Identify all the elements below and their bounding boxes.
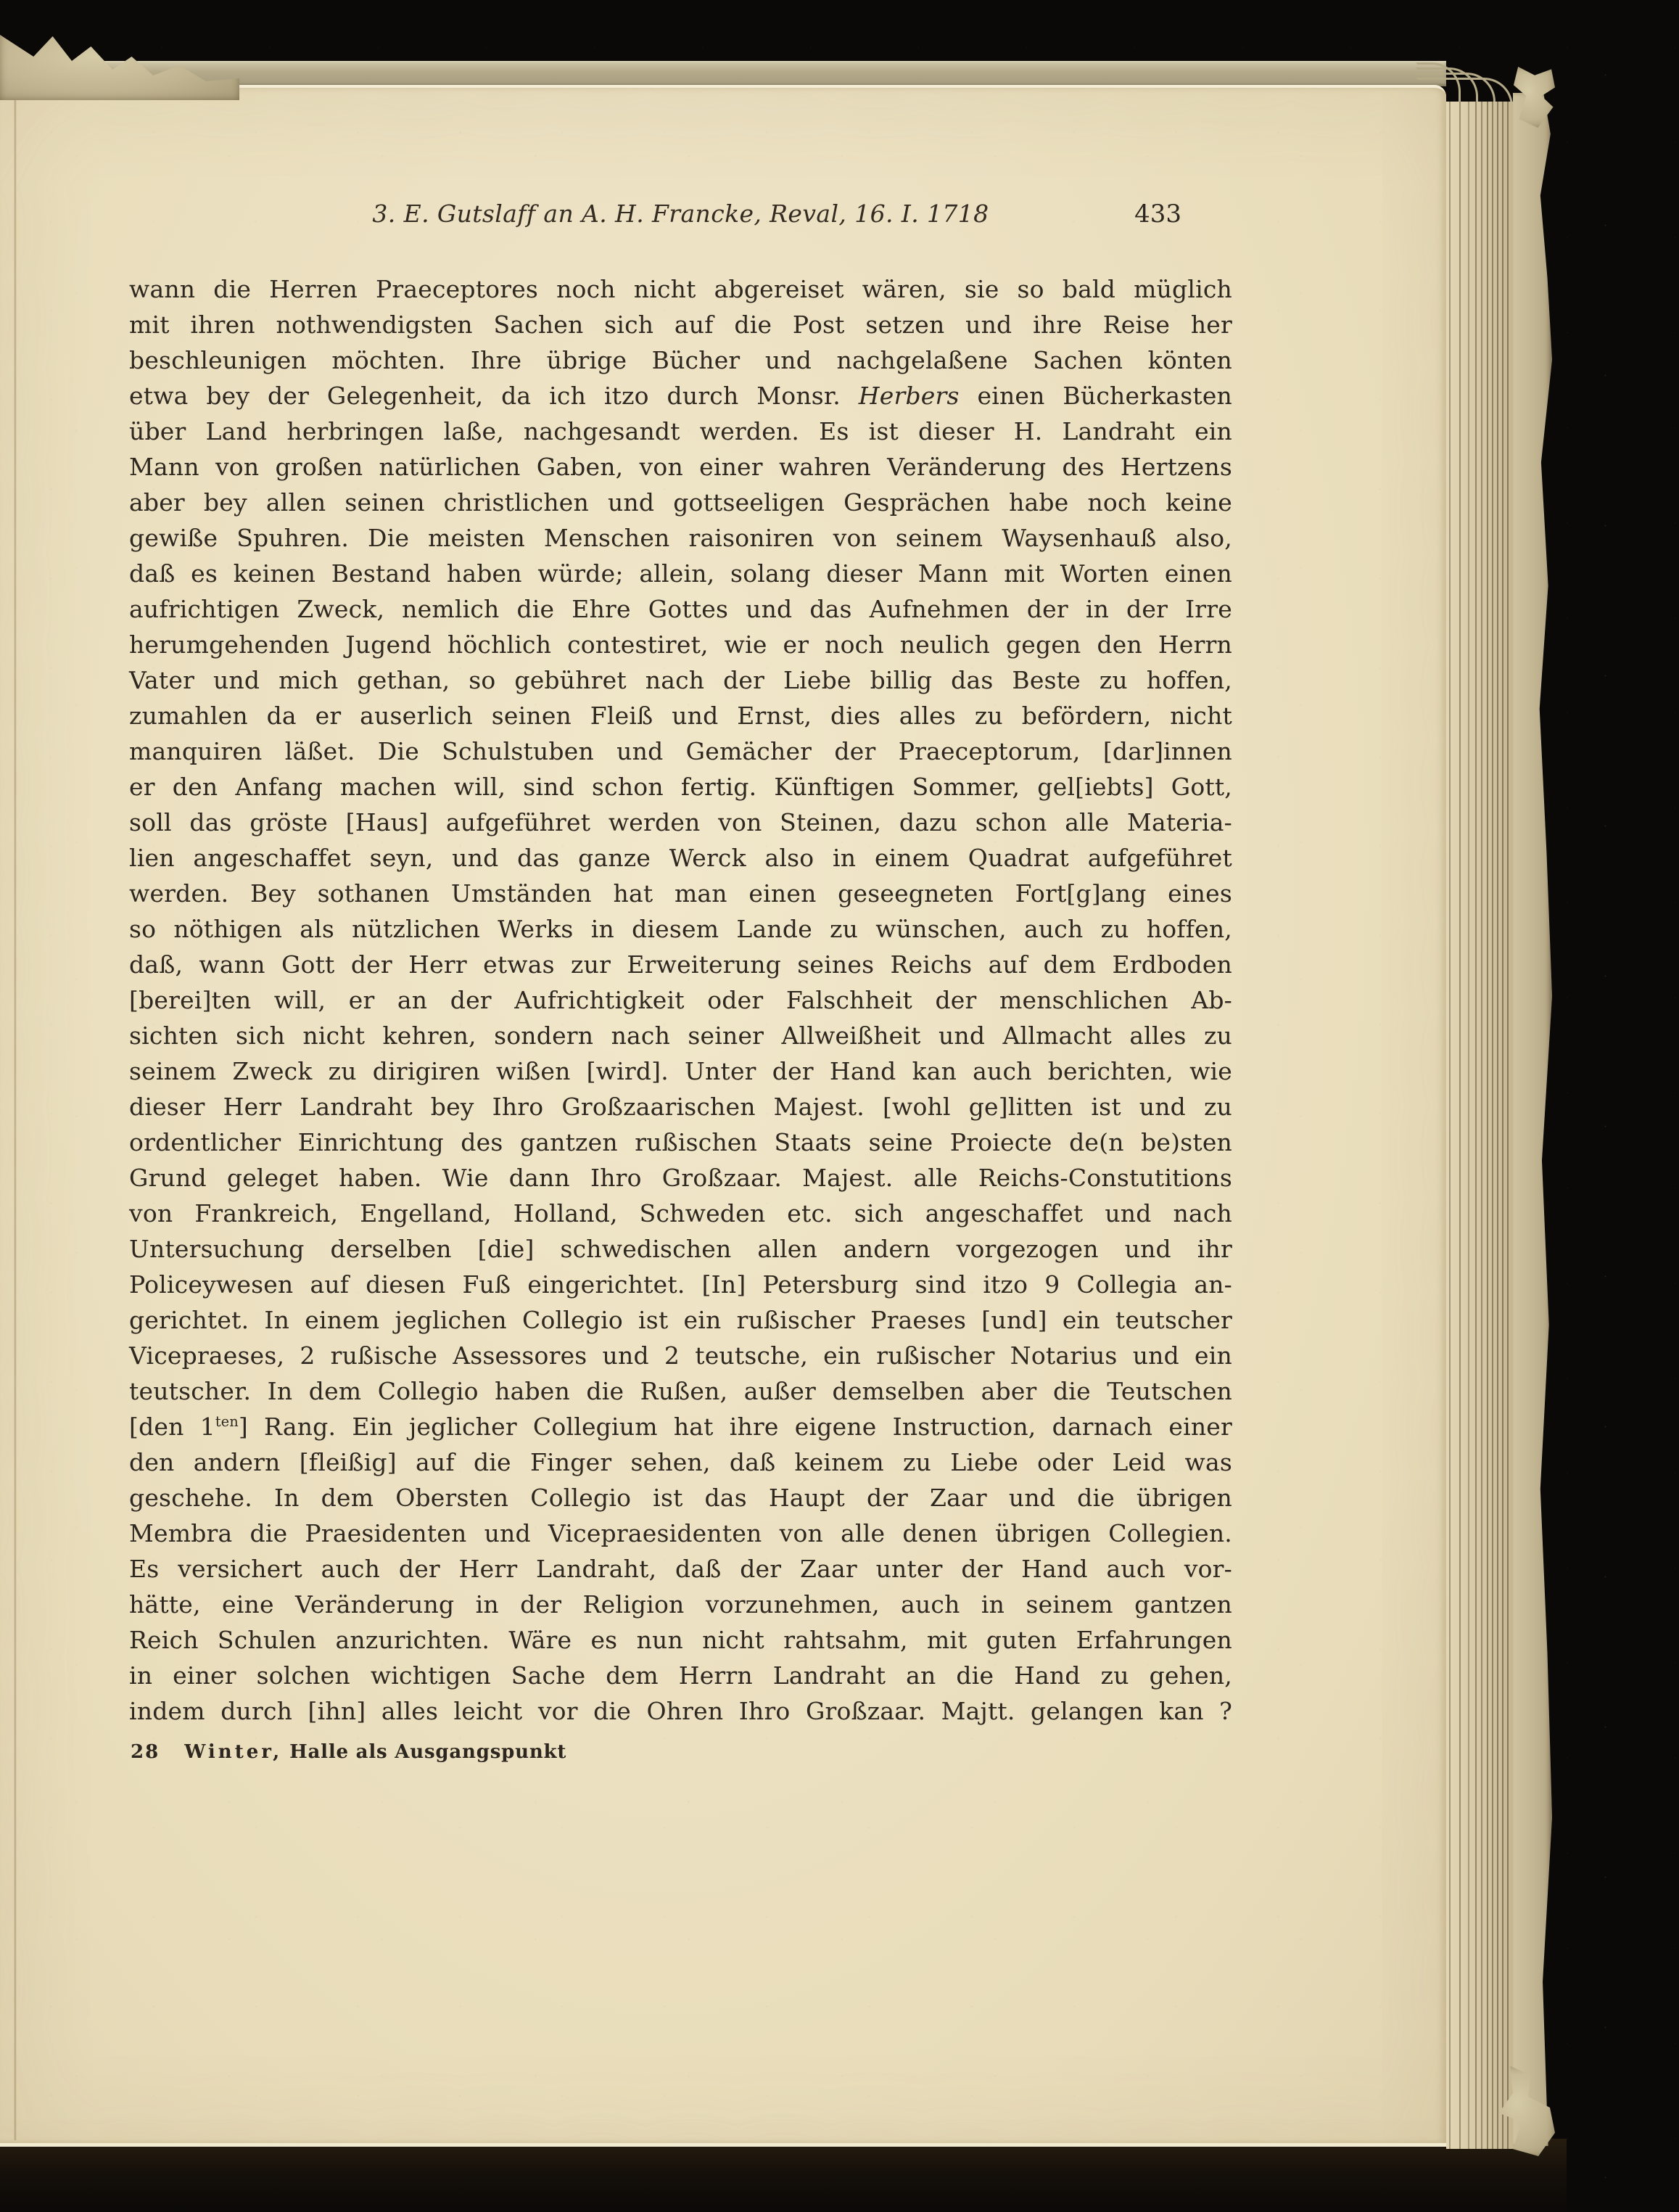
body-text: wann die Herren Praeceptores noch nicht … xyxy=(129,271,1232,1729)
text-line: gewiße Spuhren. Die meisten Menschen rai… xyxy=(129,520,1232,556)
text-line: ordentlicher Einrichtung des gantzen ruß… xyxy=(129,1124,1232,1160)
text-line: in einer solchen wichtigen Sache dem Her… xyxy=(129,1658,1232,1693)
text-line: lien angeschaffet seyn, und das ganze We… xyxy=(129,840,1232,876)
text-line: Mann von großen natürlichen Gaben, von e… xyxy=(129,449,1232,485)
page-header: 3. E. Gutslaff an A. H. Francke, Reval, … xyxy=(129,197,1232,231)
signature-number: 28 xyxy=(131,1741,160,1763)
text-line: Policeywesen auf diesen Fuß eingerichtet… xyxy=(129,1267,1232,1302)
text-line: gerichtet. In einem jeglichen Collegio i… xyxy=(129,1302,1232,1338)
text-line: Reich Schulen anzurichten. Wäre es nun n… xyxy=(129,1622,1232,1658)
chapter-heading: 3. E. Gutslaff an A. H. Francke, Reval, … xyxy=(129,197,1232,231)
text-line: werden. Bey sothanen Umständen hat man e… xyxy=(129,876,1232,911)
text-line: geschehe. In dem Obersten Collegio ist d… xyxy=(129,1480,1232,1516)
text-line: dieser Herr Landraht bey Ihro Großzaaris… xyxy=(129,1089,1232,1124)
text-line: etwa bey der Gelegenheit, da ich itzo du… xyxy=(129,378,1232,414)
text-line: daß es keinen Bestand haben würde; allei… xyxy=(129,556,1232,591)
text-line: herumgehenden Jugend höchlich contestire… xyxy=(129,627,1232,662)
text-line: [den 1ten] Rang. Ein jeglicher Collegium… xyxy=(129,1409,1232,1444)
text-line: wann die Herren Praeceptores noch nicht … xyxy=(129,271,1232,307)
text-line: seinem Zweck zu dirigiren wißen [wird]. … xyxy=(129,1053,1232,1089)
text-line: beschleunigen möchten. Ihre übrige Büche… xyxy=(129,342,1232,378)
page-number: 433 xyxy=(1134,197,1181,231)
text-line: aufrichtigen Zweck, nemlich die Ehre Got… xyxy=(129,591,1232,627)
book-bottom-shadow xyxy=(0,2139,1567,2212)
text-line: Membra die Praesidenten und Vicepraeside… xyxy=(129,1516,1232,1551)
text-line: hätte, eine Veränderung in der Religion … xyxy=(129,1587,1232,1622)
binding-cloth-strip xyxy=(1513,93,1552,2146)
text-line: daß, wann Gott der Herr etwas zur Erweit… xyxy=(129,947,1232,982)
text-line: manquiren läßet. Die Schulstuben und Gem… xyxy=(129,733,1232,769)
text-line: Vater und mich gethan, so gebühret nach … xyxy=(129,662,1232,698)
text-line: den andern [fleißig] auf die Finger sehe… xyxy=(129,1444,1232,1480)
text-line: so nöthigen als nützlichen Werks in dies… xyxy=(129,911,1232,947)
text-line: Grund geleget haben. Wie dann Ihro Großz… xyxy=(129,1160,1232,1196)
text-line: sichten sich nicht kehren, sondern nach … xyxy=(129,1018,1232,1053)
text-line: Es versichert auch der Herr Landraht, da… xyxy=(129,1551,1232,1587)
text-line: teutscher. In dem Collegio haben die Ruß… xyxy=(129,1373,1232,1409)
text-line: mit ihren nothwendigsten Sachen sich auf… xyxy=(129,307,1232,342)
text-line: über Land herbringen laße, nachgesandt w… xyxy=(129,414,1232,449)
running-title-text: Halle als Ausgangspunkt xyxy=(289,1741,566,1763)
text-line: aber bey allen seinen christlichen und g… xyxy=(129,485,1232,520)
text-line: Vicepraeses, 2 rußische Assessores und 2… xyxy=(129,1338,1232,1373)
text-line: indem durch [ihn] alles leicht vor die O… xyxy=(129,1693,1232,1729)
text-line: soll das gröste [Haus] aufgeführet werde… xyxy=(129,805,1232,840)
text-line: [berei]ten will, er an der Aufrichtigkei… xyxy=(129,982,1232,1018)
page-block-head-edge xyxy=(30,61,1446,86)
text-line: er den Anfang machen will, sind schon fe… xyxy=(129,769,1232,805)
page-footer: 28Winter,Halle als Ausgangspunkt xyxy=(131,1740,566,1764)
running-title-author: Winter, xyxy=(184,1741,282,1763)
fore-edge-page-stack xyxy=(1446,102,1516,2149)
text-line: von Frankreich, Engelland, Holland, Schw… xyxy=(129,1196,1232,1231)
gutter-crease xyxy=(14,85,17,2140)
text-line: zumahlen da er auserlich seinen Fleiß un… xyxy=(129,698,1232,733)
text-line: Untersuchung derselben [die] schwedische… xyxy=(129,1231,1232,1267)
